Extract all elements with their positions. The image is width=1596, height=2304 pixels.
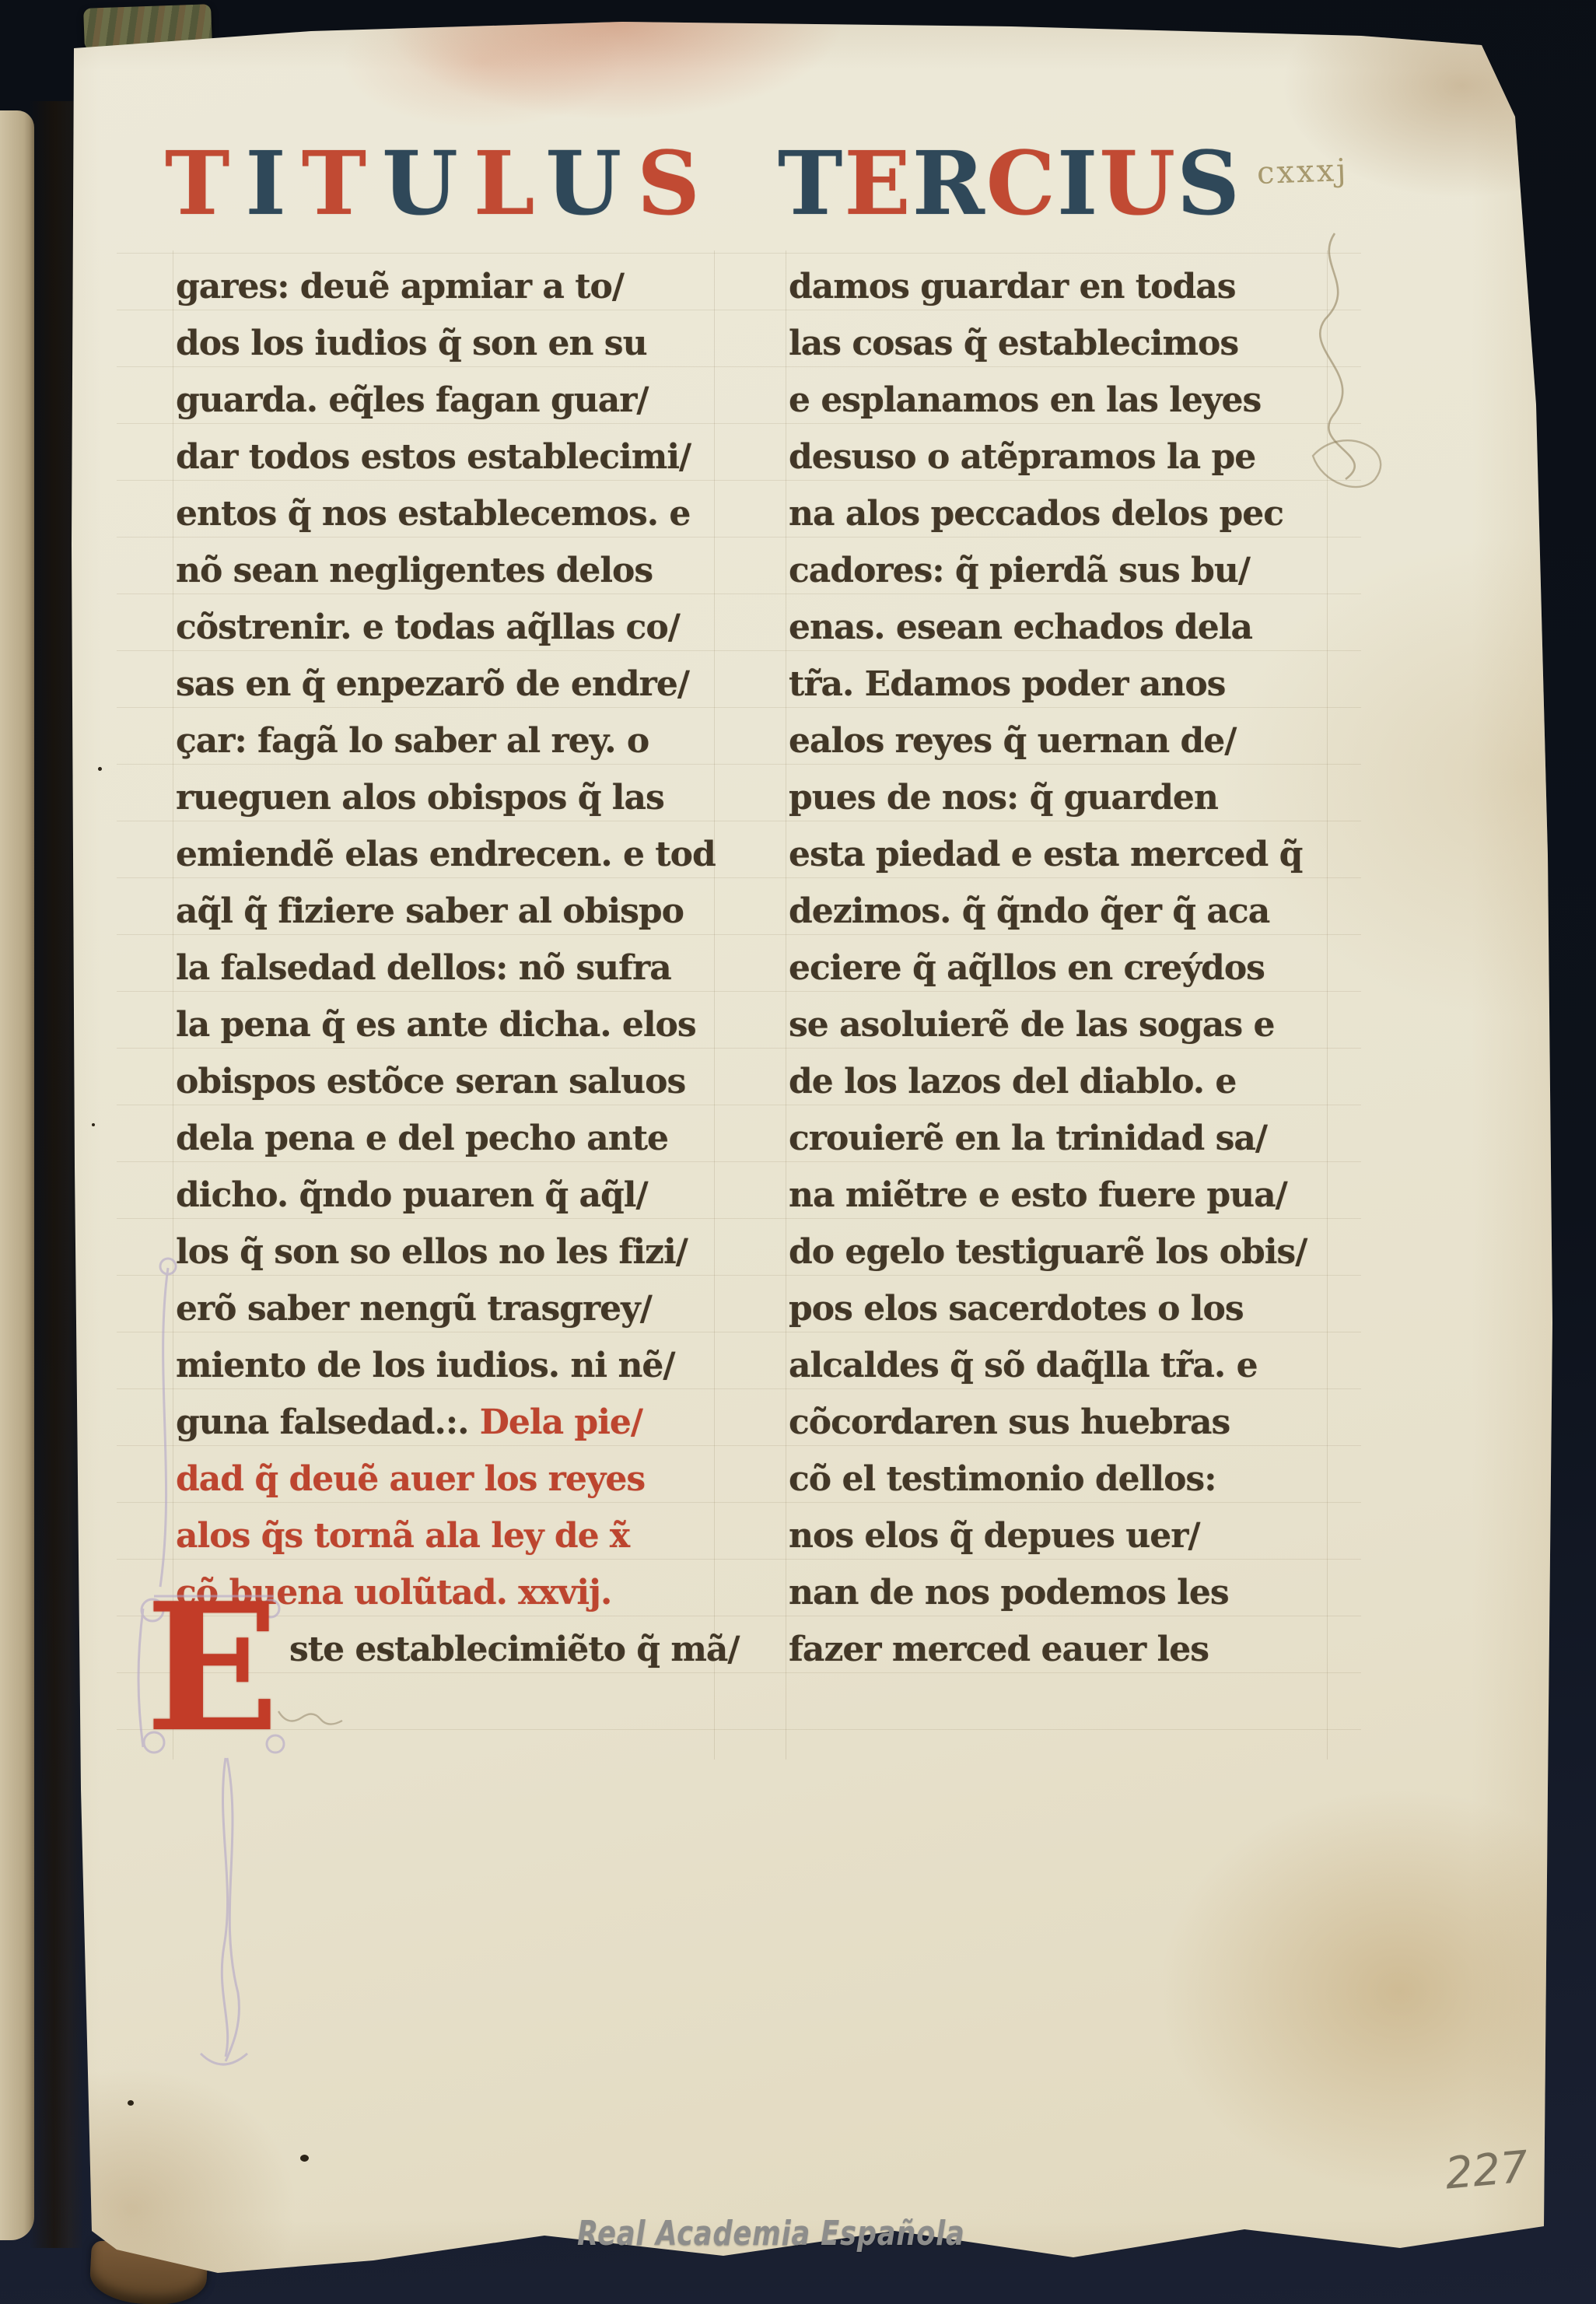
body-text: dos los iudios q̃ son en su <box>176 324 647 363</box>
body-text: se asoluierẽ de las sogas e <box>789 1005 1275 1045</box>
ruling-line-vertical <box>714 250 715 1760</box>
text-line: nan de nos podemos les <box>789 1564 1364 1621</box>
display-letter: I <box>245 133 301 235</box>
body-text: dela pena e del pecho ante <box>176 1119 668 1158</box>
text-line: las cosas q̃ establecimos <box>789 315 1364 372</box>
text-line: dad q̃ deuẽ auer los reyes <box>176 1451 751 1507</box>
text-line: do egelo testiguarẽ los obis/ <box>789 1224 1364 1280</box>
body-text: cõstrenir. e todas aq̃llas co/ <box>176 608 680 647</box>
text-line: se asoluierẽ de las sogas e <box>789 996 1364 1053</box>
body-text: enas. esean echados dela <box>789 608 1252 647</box>
text-line: dicho. q̃ndo puaren q̃ aq̃l/ <box>176 1167 751 1224</box>
text-line: pos elos sacerdotes o los <box>789 1280 1364 1337</box>
body-text: ste establecimiẽto q̃ mã/ <box>289 1630 739 1669</box>
rubric-text: dad q̃ deuẽ auer los reyes <box>176 1459 645 1499</box>
text-line: aq̃l q̃ fiziere saber al obispo <box>176 883 751 940</box>
text-line: nõ sean negligentes delos <box>176 542 751 599</box>
ink-spot <box>300 2155 309 2162</box>
ruling-line-vertical <box>786 250 786 1760</box>
display-letter: T <box>165 133 245 235</box>
body-text: eciere q̃ aq̃llos en creýdos <box>789 948 1265 988</box>
text-line: eciere q̃ aq̃llos en creýdos <box>789 940 1364 996</box>
display-letter: S <box>637 133 716 235</box>
body-text: tr̃a. Edamos poder anos <box>789 664 1225 704</box>
body-text: do egelo testiguarẽ los obis/ <box>789 1232 1307 1272</box>
display-letter: U <box>382 133 474 235</box>
right-text-column: damos guardar en todaslas cosas q̃ estab… <box>789 258 1364 1678</box>
text-line: los q̃ son so ellos no les fizi/ <box>176 1224 751 1280</box>
text-line: guarda. eq̃les fagan guar/ <box>176 372 751 429</box>
text-line: obispos estõce seran saluos <box>176 1053 751 1110</box>
body-text: la pena q̃ es ante dicha. elos <box>176 1005 696 1045</box>
display-letter: L <box>474 133 546 235</box>
text-line: rueguen alos obispos q̃ las <box>176 769 751 826</box>
text-line: dar todos estos establecimi/ <box>176 429 751 485</box>
body-text: guna falsedad.:. <box>176 1402 480 1442</box>
body-text: entos q̃ nos establecemos. e <box>176 494 690 534</box>
body-text: miento de los iudios. ni nẽ/ <box>176 1346 675 1385</box>
body-text: cadores: q̃ pierdã sus bu/ <box>789 551 1250 590</box>
display-letter: E <box>844 133 912 235</box>
ruling-line-vertical <box>1327 250 1328 1760</box>
text-line: enas. esean echados dela <box>789 599 1364 656</box>
body-text: fazer merced eauer les <box>789 1630 1209 1669</box>
rubric-text: cõ buena uolũtad. xxvij. <box>176 1573 611 1612</box>
rubric-text: alos q̃s tornã ala ley de x̃ <box>176 1516 629 1556</box>
text-line: fazer merced eauer les <box>789 1621 1364 1678</box>
body-text: guarda. eq̃les fagan guar/ <box>176 380 648 420</box>
text-line: crouierẽ en la trinidad sa/ <box>789 1110 1364 1167</box>
text-line: cõcordaren sus huebras <box>789 1394 1364 1451</box>
text-line: ealos reyes q̃ uernan de/ <box>789 713 1364 769</box>
text-line: gares: deuẽ apmiar a to/ <box>176 258 751 315</box>
text-line: cõstrenir. e todas aq̃llas co/ <box>176 599 751 656</box>
text-line: e esplanamos en las leyes <box>789 372 1364 429</box>
body-text: desuso o atẽpramos la pe <box>789 437 1255 477</box>
body-text: nos elos q̃ depues uer/ <box>789 1516 1200 1556</box>
body-text: nan de nos podemos les <box>789 1573 1229 1612</box>
page-number: 227 <box>1443 2141 1530 2199</box>
body-text: los q̃ son so ellos no les fizi/ <box>176 1232 688 1272</box>
body-text: esta piedad e esta merced q̃ <box>789 835 1302 874</box>
display-letter: T <box>302 133 382 235</box>
text-line: alcaldes q̃ sõ daq̃lla tr̃a. e <box>789 1337 1364 1394</box>
display-letter: S <box>1177 133 1241 235</box>
body-text: las cosas q̃ establecimos <box>789 324 1238 363</box>
text-line: la falsedad dellos: nõ sufra <box>176 940 751 996</box>
ink-spot <box>98 767 102 771</box>
body-text: dar todos estos establecimi/ <box>176 437 691 477</box>
ink-spot <box>92 1123 95 1126</box>
text-line: cadores: q̃ pierdã sus bu/ <box>789 542 1364 599</box>
text-line: dezimos. q̃ q̃ndo q̃er q̃ aca <box>789 883 1364 940</box>
text-line: cõ buena uolũtad. xxvij. <box>176 1564 751 1621</box>
text-line: entos q̃ nos establecemos. e <box>176 485 751 542</box>
folio-numeral: cxxxj <box>1256 152 1349 191</box>
text-line: esta piedad e esta merced q̃ <box>789 826 1364 883</box>
body-text: pos elos sacerdotes o los <box>789 1289 1244 1329</box>
text-line: desuso o atẽpramos la pe <box>789 429 1364 485</box>
text-line: alos q̃s tornã ala ley de x̃ <box>176 1507 751 1564</box>
display-letter: U <box>1099 133 1177 235</box>
display-letter: I <box>1057 133 1099 235</box>
initial-E: E <box>138 1588 286 1752</box>
text-line: erõ saber nengũ trasgrey/ <box>176 1280 751 1337</box>
text-line: na miẽtre e esto fuere pua/ <box>789 1167 1364 1224</box>
text-line: dela pena e del pecho ante <box>176 1110 751 1167</box>
body-text: sas en q̃ enpezarõ de endre/ <box>176 664 689 704</box>
body-text: alcaldes q̃ sõ daq̃lla tr̃a. e <box>789 1346 1258 1385</box>
text-line: dos los iudios q̃ son en su <box>176 315 751 372</box>
body-text: na alos peccados delos pec <box>789 494 1283 534</box>
body-text: pues de nos: q̃ guarden <box>789 778 1218 818</box>
body-text: çar: fagã lo saber al rey. o <box>176 721 649 761</box>
body-text: cõ el testimonio dellos: <box>789 1459 1216 1499</box>
parchment-page: TITULUS TERCIUS cxxxj gares: deuẽ apmiar… <box>0 0 1596 2304</box>
text-line: la pena q̃ es ante dicha. elos <box>176 996 751 1053</box>
manuscript-photo: TITULUS TERCIUS cxxxj gares: deuẽ apmiar… <box>0 0 1596 2304</box>
running-title-tercius: TERCIUS <box>778 126 1241 243</box>
body-text: rueguen alos obispos q̃ las <box>176 778 664 818</box>
body-text: dicho. q̃ndo puaren q̃ aq̃l/ <box>176 1175 648 1215</box>
body-text: erõ saber nengũ trasgrey/ <box>176 1289 652 1329</box>
text-line: damos guardar en todas <box>789 258 1364 315</box>
body-text: damos guardar en todas <box>789 267 1236 306</box>
text-line: miento de los iudios. ni nẽ/ <box>176 1337 751 1394</box>
body-text: nõ sean negligentes delos <box>176 551 653 590</box>
body-text: aq̃l q̃ fiziere saber al obispo <box>176 891 684 931</box>
body-text: crouierẽ en la trinidad sa/ <box>789 1119 1267 1158</box>
ink-spot <box>128 2100 134 2106</box>
ruling-line-vertical <box>173 250 173 1760</box>
display-letter: T <box>778 133 844 235</box>
text-line: ste establecimiẽto q̃ mã/ <box>176 1621 751 1678</box>
left-text-column: gares: deuẽ apmiar a to/dos los iudios q… <box>176 258 751 1678</box>
text-line: pues de nos: q̃ guarden <box>789 769 1364 826</box>
text-line: sas en q̃ enpezarõ de endre/ <box>176 656 751 713</box>
body-text: emiendẽ elas endrecen. e tod <box>176 835 716 874</box>
display-letter: C <box>986 133 1057 235</box>
text-line: de los lazos del diablo. e <box>789 1053 1364 1110</box>
text-line: emiendẽ elas endrecen. e tod <box>176 826 751 883</box>
initial-flourish <box>109 1245 342 2092</box>
library-watermark: Real Academia Española <box>577 2214 965 2253</box>
body-text: na miẽtre e esto fuere pua/ <box>789 1175 1287 1215</box>
text-line: nos elos q̃ depues uer/ <box>789 1507 1364 1564</box>
text-line: tr̃a. Edamos poder anos <box>789 656 1364 713</box>
text-line: guna falsedad.:. Dela pie/ <box>176 1394 751 1451</box>
body-text: e esplanamos en las leyes <box>789 380 1261 420</box>
display-letter: U <box>545 133 637 235</box>
body-text: la falsedad dellos: nõ sufra <box>176 948 671 988</box>
body-text: ealos reyes q̃ uernan de/ <box>789 721 1236 761</box>
running-title-titulus: TITULUS <box>165 126 716 243</box>
body-text: dezimos. q̃ q̃ndo q̃er q̃ aca <box>789 891 1269 931</box>
rubric-text: Dela pie/ <box>480 1402 642 1442</box>
body-text: gares: deuẽ apmiar a to/ <box>176 267 624 306</box>
margin-doodle <box>1268 222 1431 495</box>
display-letter: R <box>912 133 986 235</box>
body-text: cõcordaren sus huebras <box>789 1402 1230 1442</box>
body-text: obispos estõce seran saluos <box>176 1062 685 1101</box>
text-line: çar: fagã lo saber al rey. o <box>176 713 751 769</box>
ruling-lines <box>117 253 1361 1758</box>
body-text: de los lazos del diablo. e <box>789 1062 1236 1101</box>
text-line: na alos peccados delos pec <box>789 485 1364 542</box>
text-line: cõ el testimonio dellos: <box>789 1451 1364 1507</box>
